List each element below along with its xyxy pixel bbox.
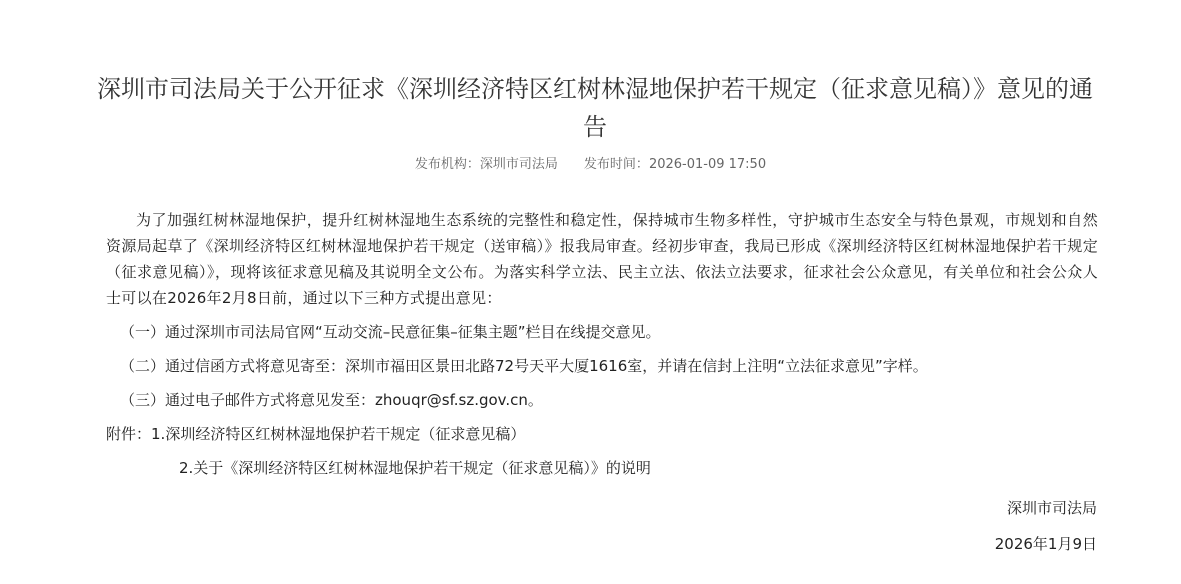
method-item-2: （二）通过信函方式将意见寄至：深圳市福田区景田北路72号天平大厦1616室，并请… (106, 353, 1098, 379)
signature-org: 深圳市司法局 (995, 497, 1097, 519)
signature-block: 深圳市司法局 2026年1月9日 (995, 497, 1097, 555)
attachment-row-1: 附件：1.深圳经济特区红树林湿地保护若干规定（征求意见稿） (106, 421, 1098, 447)
intro-paragraph: 为了加强红树林湿地保护，提升红树林湿地生态系统的完整性和稳定性，保持城市生物多样… (106, 207, 1098, 311)
publisher-value: 深圳市司法局 (480, 157, 558, 172)
method-item-3: （三）通过电子邮件方式将意见发至：zhouqr@sf.sz.gov.cn。 (106, 387, 1098, 413)
attachment-link-1[interactable]: 1.深圳经济特区红树林湿地保护若干规定（征求意见稿） (151, 425, 525, 443)
publish-time-value: 2026-01-09 17:50 (649, 157, 766, 172)
publisher-info: 发布机构：深圳市司法局 (415, 156, 558, 174)
publish-time-label: 发布时间： (584, 157, 649, 172)
attachment-row-2: 2.关于《深圳经济特区红树林湿地保护若干规定（征求意见稿）》的说明 (106, 455, 1098, 481)
attachment-link-2[interactable]: 2.关于《深圳经济特区红树林湿地保护若干规定（征求意见稿）》的说明 (179, 459, 651, 477)
method-item-1: （一）通过深圳市司法局官网“互动交流–民意征集–征集主题”栏目在线提交意见。 (106, 319, 1098, 345)
page-title: 深圳市司法局关于公开征求《深圳经济特区红树林湿地保护若干规定（征求意见稿）》意见… (90, 70, 1100, 146)
publish-time-info: 发布时间：2026-01-09 17:50 (584, 156, 766, 174)
attachment-label: 附件： (106, 425, 151, 443)
publisher-label: 发布机构： (415, 157, 480, 172)
article-meta: 发布机构：深圳市司法局发布时间：2026-01-09 17:50 (0, 156, 1181, 174)
signature-date: 2026年1月9日 (995, 533, 1097, 555)
article-body: 为了加强红树林湿地保护，提升红树林湿地生态系统的完整性和稳定性，保持城市生物多样… (106, 207, 1098, 481)
